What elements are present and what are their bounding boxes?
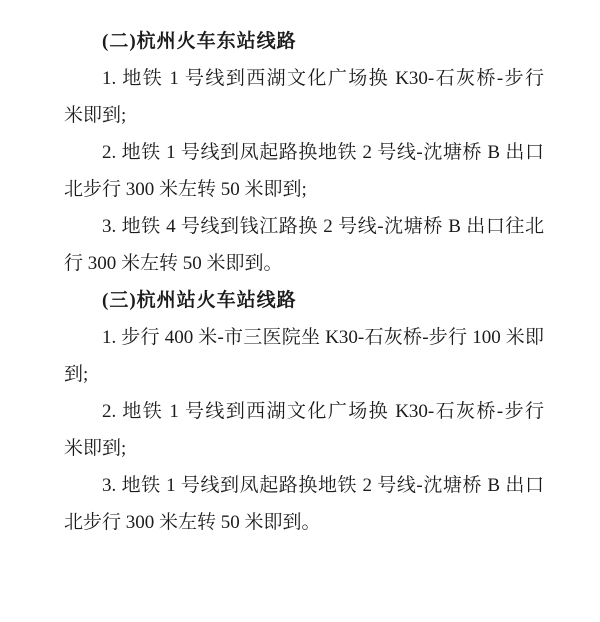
route-item-line: 1. 步行 400 米-市三医院坐 K30-石灰桥-步行 100 米即: [64, 319, 544, 356]
route-item-line: 3. 地铁 4 号线到钱江路换 2 号线-沈塘桥 B 出口往北步: [64, 208, 544, 245]
route-item-line: 2. 地铁 1 号线到西湖文化广场换 K30-石灰桥-步行 100: [64, 393, 544, 430]
section-heading-hangzhou-station: (三)杭州站火车站线路: [64, 282, 544, 319]
route-item-line: 米即到;: [64, 430, 544, 467]
section-heading-east-station: (二)杭州火车东站线路: [64, 23, 544, 60]
route-item-line: 3. 地铁 1 号线到凤起路换地铁 2 号线-沈塘桥 B 出口往: [64, 467, 544, 504]
route-item-line: 到;: [64, 356, 544, 393]
document-page: (二)杭州火车东站线路 1. 地铁 1 号线到西湖文化广场换 K30-石灰桥-步…: [0, 0, 600, 622]
route-item-line: 米即到;: [64, 97, 544, 134]
route-item-line: 2. 地铁 1 号线到凤起路换地铁 2 号线-沈塘桥 B 出口往: [64, 134, 544, 171]
route-item-line: 北步行 300 米左转 50 米即到。: [64, 504, 544, 541]
text-block: (二)杭州火车东站线路 1. 地铁 1 号线到西湖文化广场换 K30-石灰桥-步…: [64, 23, 544, 541]
route-item-line: 北步行 300 米左转 50 米即到;: [64, 171, 544, 208]
route-item-line: 行 300 米左转 50 米即到。: [64, 245, 544, 282]
route-item-line: 1. 地铁 1 号线到西湖文化广场换 K30-石灰桥-步行 100: [64, 60, 544, 97]
